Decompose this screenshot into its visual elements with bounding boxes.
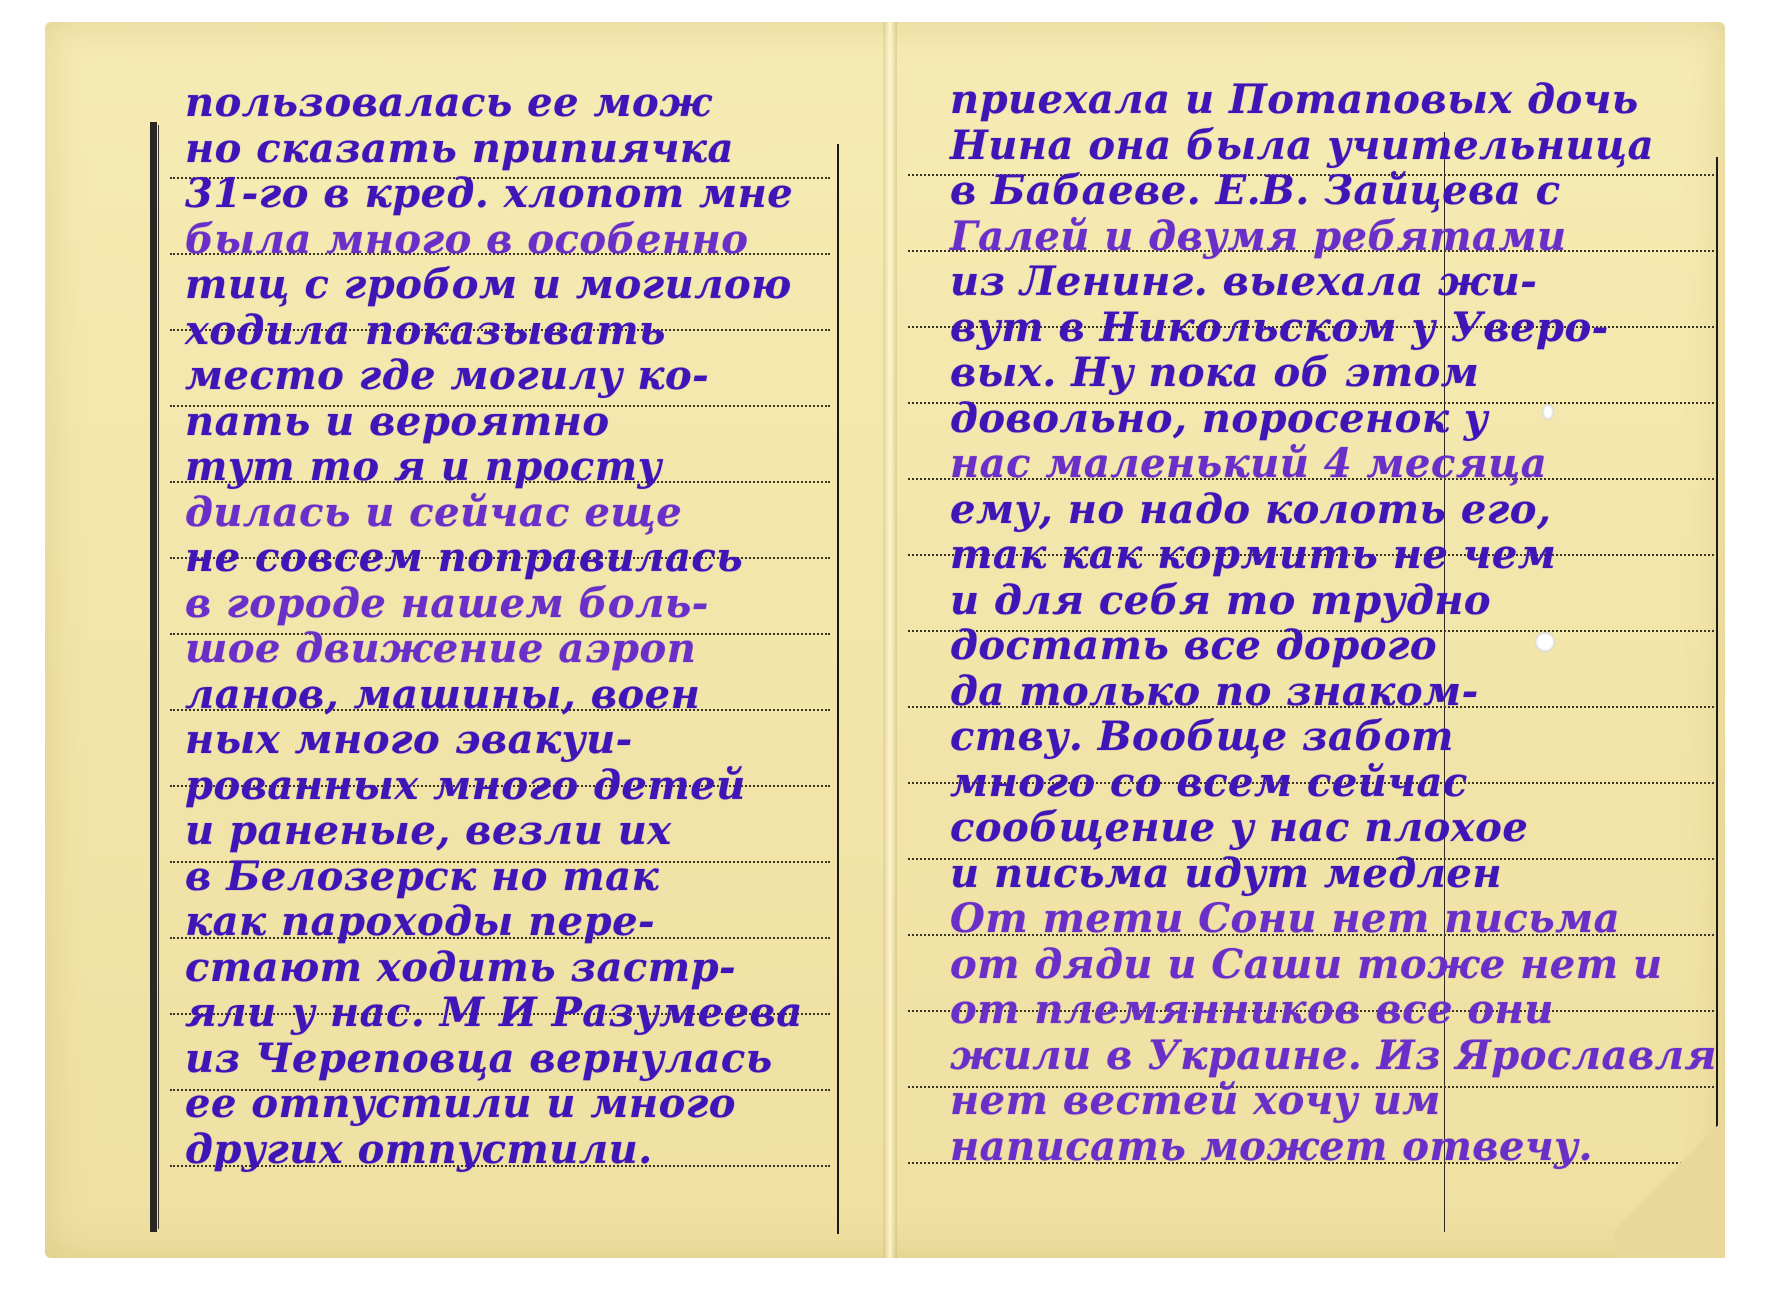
text-line: Галей и двумя ребятами [950,214,1640,260]
text-line: много со всем сейчас [950,760,1640,806]
text-line: от дяди и Саши тоже нет и [950,942,1640,988]
text-line: из Череповца вернулась [185,1036,845,1082]
text-line: из Ленинг. выехала жи- [950,259,1640,305]
left-page-text: пользовалась ее мож но сказать припиячка… [185,80,845,1172]
text-line: ходила показывать [185,308,845,354]
punch-hole [1542,404,1554,420]
text-line: жили в Украине. Из Ярославля [950,1033,1640,1079]
left-page: пользовалась ее мож но сказать припиячка… [45,22,888,1258]
text-line: так как кормить не чем [950,532,1640,578]
text-line: да только по знаком- [950,669,1640,715]
text-line: других отпустили. [185,1127,845,1173]
text-line: вут в Никольском у Уверо- [950,305,1640,351]
text-line: яли у нас. М И Разумеева [185,990,845,1036]
text-line: нет вестей хочу им [950,1078,1640,1124]
text-line: была много в особенно [185,217,845,263]
text-line: стают ходить застр- [185,945,845,991]
text-line: в городе нашем боль- [185,581,845,627]
text-line: ству. Вообще забот [950,714,1640,760]
text-line: довольно, поросенок у [950,396,1640,442]
text-line: в Белозерск но так [185,854,845,900]
text-line: ланов, машины, воен [185,672,845,718]
text-line: сообщение у нас плохое [950,805,1640,851]
text-line: рованных много детей [185,763,845,809]
text-line: пать и вероятно [185,399,845,445]
text-line: Нина она была учительница [950,123,1640,169]
text-line: написать может отвечу. [950,1124,1640,1170]
text-line: приехала и Потаповых дочь [950,77,1640,123]
letter-sheet: пользовалась ее мож но сказать припиячка… [45,22,1725,1258]
text-line: дилась и сейчас еще [185,490,845,536]
text-line: но сказать припиячка [185,126,845,172]
right-page: приехала и Потаповых дочь Нина она была … [888,22,1725,1258]
text-line: как пароходы пере- [185,899,845,945]
text-line: и раненые, везли их [185,808,845,854]
text-line: От тети Сони нет письма [950,896,1640,942]
edge-rule [1716,157,1718,1232]
text-line: тут то я и просту [185,444,845,490]
text-line: тиц с гробом и могилою [185,262,845,308]
text-line: пользовалась ее мож [185,80,845,126]
folded-corner [1615,1088,1725,1258]
text-line: ему, но надо колоть его, [950,487,1640,533]
text-line: в Бабаеве. Е.В. Зайцева с [950,168,1640,214]
text-line: не совсем поправилась [185,535,845,581]
text-line: ных много эвакуи- [185,717,845,763]
text-line: и для себя то трудно [950,578,1640,624]
text-line: 31-го в кред. хлопот мне [185,171,845,217]
right-page-text: приехала и Потаповых дочь Нина она была … [950,77,1640,1169]
text-line: от племянников все они [950,987,1640,1033]
text-line: вых. Ну пока об этом [950,350,1640,396]
text-line: ее отпустили и много [185,1081,845,1127]
punch-hole [1535,632,1555,652]
text-line: шое движение аэроп [185,626,845,672]
text-line: нас маленький 4 месяца [950,441,1640,487]
text-line: место где могилу ко- [185,353,845,399]
text-line: и письма идут медлен [950,851,1640,897]
